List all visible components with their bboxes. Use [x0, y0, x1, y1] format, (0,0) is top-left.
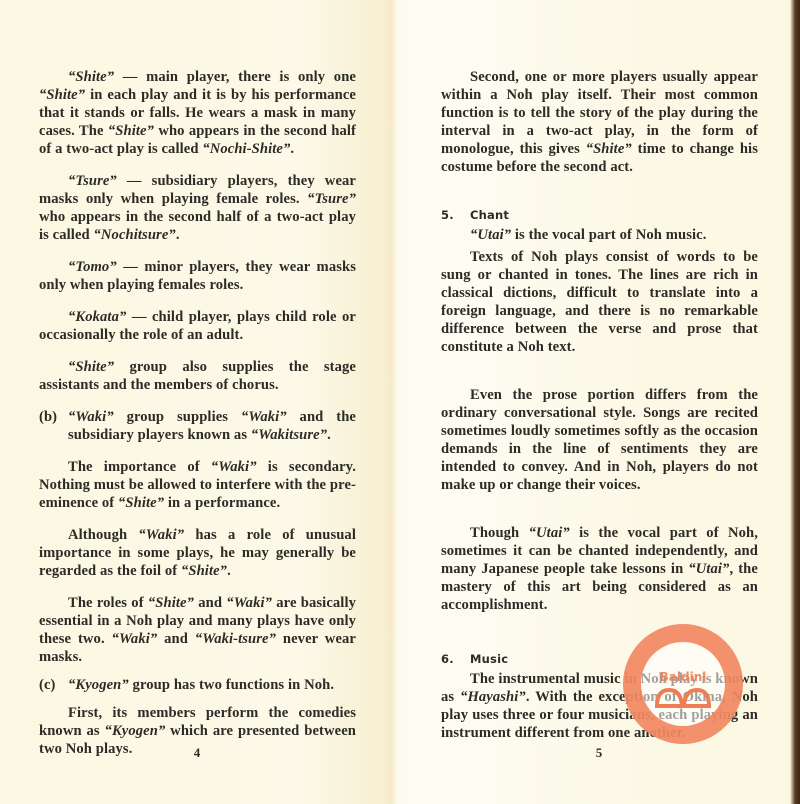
paragraph-prose: Even the prose portion differs from the … — [441, 386, 758, 494]
left-page: “Shite” — main player, there is only one… — [0, 0, 400, 804]
paragraph-waki-group: (b)“Waki” group supplies “Waki” and the … — [39, 408, 356, 444]
page-number-right: 5 — [589, 745, 609, 761]
paragraph-tomo: “Tomo” — minor players, they wear masks … — [39, 258, 356, 294]
open-book-icon — [655, 686, 711, 708]
list-label-c: (c) — [39, 676, 68, 694]
section-heading-chant: 5.Chant — [441, 206, 758, 224]
paragraph-kokata: “Kokata” — child player, plays child rol… — [39, 308, 356, 344]
paragraph-utai: “Utai” is the vocal part of Noh music. — [441, 226, 758, 244]
paragraph-kyogen-group: (c)“Kyogen” group has two functions in N… — [39, 676, 356, 694]
paragraph-waki-foil: Although “Waki” has a role of unusual im… — [39, 526, 356, 580]
book-spread: “Shite” — main player, there is only one… — [0, 0, 800, 804]
paragraph-kyogen-second: Second, one or more players usually appe… — [441, 68, 758, 176]
paragraph-shite-group: “Shite” group also supplies the stage as… — [39, 358, 356, 394]
left-page-text: “Shite” — main player, there is only one… — [39, 68, 356, 772]
list-label-b: (b) — [39, 408, 68, 426]
page-number-left: 4 — [187, 745, 207, 761]
paragraph-utai-lessons: Though “Utai” is the vocal part of Noh, … — [441, 524, 758, 614]
watermark-text: Baldini — [641, 670, 725, 684]
paragraph-roles: The roles of “Shite” and “Waki” are basi… — [39, 594, 356, 666]
paragraph-texts: Texts of Noh plays consist of words to b… — [441, 248, 758, 356]
right-page: Second, one or more players usually appe… — [400, 0, 792, 804]
watermark-stamp: Baldini — [623, 624, 743, 744]
paragraph-shite: “Shite” — main player, there is only one… — [39, 68, 356, 158]
paragraph-waki-importance: The importance of “Waki” is secondary. N… — [39, 458, 356, 512]
paragraph-tsure: “Tsure” — subsidiary players, they wear … — [39, 172, 356, 244]
